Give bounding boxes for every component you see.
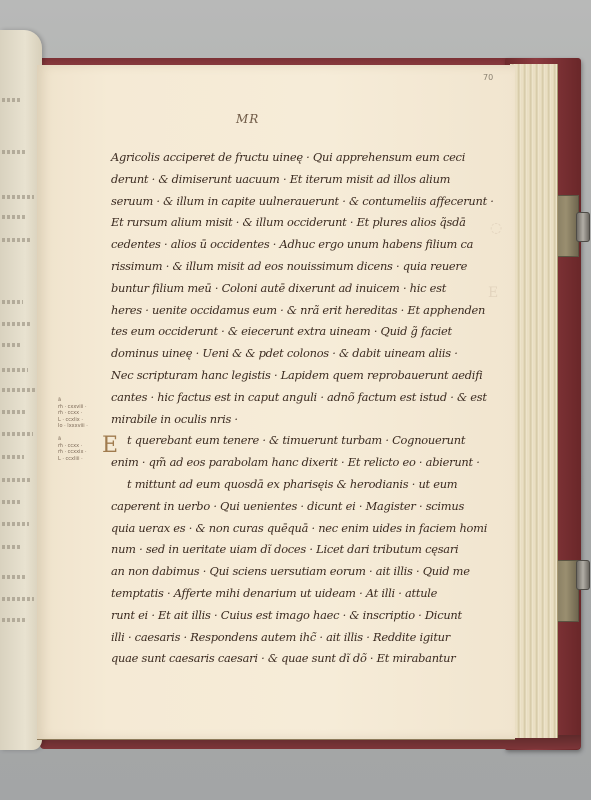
verso-text-fragment bbox=[2, 618, 25, 622]
verso-text-fragment bbox=[2, 522, 29, 526]
verso-text-fragment bbox=[2, 597, 34, 601]
text-line: derunt · & dimiserunt uacuum · Et iterum… bbox=[111, 169, 481, 191]
text-line: Agricolis acciperet de fructu uineę · Qu… bbox=[111, 147, 481, 169]
text-line: num · sed in ueritate uiam dĩ doces · Li… bbox=[111, 539, 481, 561]
marginal-canon-note: ā m̄ · cxxviii · m̄ · ccxx · L · ccxlix … bbox=[58, 397, 88, 430]
text-line: heres · uenite occidamus eum · & nrã eri… bbox=[111, 300, 481, 322]
text-line: mirabile in oculis nris · bbox=[111, 409, 481, 431]
verso-text-fragment bbox=[2, 388, 35, 392]
verso-text-fragment bbox=[2, 432, 33, 436]
verso-text-fragment bbox=[2, 455, 24, 459]
text-line: caperent in uerbo · Qui uenientes · dicu… bbox=[111, 496, 481, 518]
text-line: seruum · & illum in capite uulnerauerunt… bbox=[111, 191, 481, 213]
verso-text-fragment bbox=[2, 410, 26, 414]
text-line: cantes · hic factus est in caput anguli … bbox=[111, 387, 481, 409]
text-line: Nec scripturam hanc legistis · Lapidem q… bbox=[111, 365, 481, 387]
main-text-block: Agricolis acciperet de fructu uineę · Qu… bbox=[111, 147, 481, 670]
verso-text-fragment bbox=[2, 238, 32, 242]
marginal-canon-note: ā m̄ · ccxx · m̄ · ccxxix · L · ccxliii … bbox=[58, 436, 87, 462]
text-line: t querebant eum tenere · & timuerunt tur… bbox=[111, 430, 481, 452]
verso-text-fragment bbox=[2, 322, 30, 326]
verso-text-fragment bbox=[2, 343, 21, 347]
verso-text-fragment bbox=[2, 575, 27, 579]
folio-number: 70 bbox=[483, 73, 493, 82]
text-line: rissimum · & illum misit ad eos nouissim… bbox=[111, 256, 481, 278]
show-through-letter: E bbox=[488, 285, 498, 301]
lower-clasp-pin-icon bbox=[576, 560, 590, 590]
verso-page-curl bbox=[0, 30, 42, 750]
verso-text-fragment bbox=[2, 215, 25, 219]
verso-text-fragment bbox=[2, 368, 28, 372]
verso-text-fragment bbox=[2, 500, 22, 504]
text-line: temptatis · Afferte mihi denarium ut uid… bbox=[111, 583, 481, 605]
text-line: enim · qm̃ ad eos parabolam hanc dixerit… bbox=[111, 452, 481, 474]
text-line: quia uerax es · & non curas quēquā · nec… bbox=[111, 518, 481, 540]
text-line: cedentes · alios ū occidentes · Adhuc er… bbox=[111, 234, 481, 256]
running-head: MR bbox=[236, 112, 259, 126]
text-line: dominus uineę · Ueni & & pdet colonos · … bbox=[111, 343, 481, 365]
text-line: illi · caesaris · Respondens autem ihc̃ … bbox=[111, 627, 481, 649]
verso-text-fragment bbox=[2, 478, 31, 482]
text-line: t mittunt ad eum quosdā ex pharisęis & h… bbox=[111, 474, 481, 496]
verso-text-fragment bbox=[2, 300, 23, 304]
text-line: tes eum occiderunt · & eiecerunt extra u… bbox=[111, 321, 481, 343]
verso-text-fragment bbox=[2, 98, 20, 102]
verso-text-fragment bbox=[2, 545, 20, 549]
verso-text-fragment bbox=[2, 195, 34, 199]
text-line: Et rursum alium misit · & illum occideru… bbox=[111, 212, 481, 234]
text-line: buntur filium meū · Coloni autē dixerunt… bbox=[111, 278, 481, 300]
upper-clasp-pin-icon bbox=[576, 212, 590, 242]
show-through-letter: ◌ bbox=[490, 220, 502, 236]
text-line: an non dabimus · Qui sciens uersutiam eo… bbox=[111, 561, 481, 583]
page-stack-fore-edge bbox=[510, 64, 558, 738]
text-line: runt ei · Et ait illis · Cuius est imago… bbox=[111, 605, 481, 627]
text-line: quae sunt caesaris caesari · & quae sunt… bbox=[111, 648, 481, 670]
verso-text-fragment bbox=[2, 150, 27, 154]
